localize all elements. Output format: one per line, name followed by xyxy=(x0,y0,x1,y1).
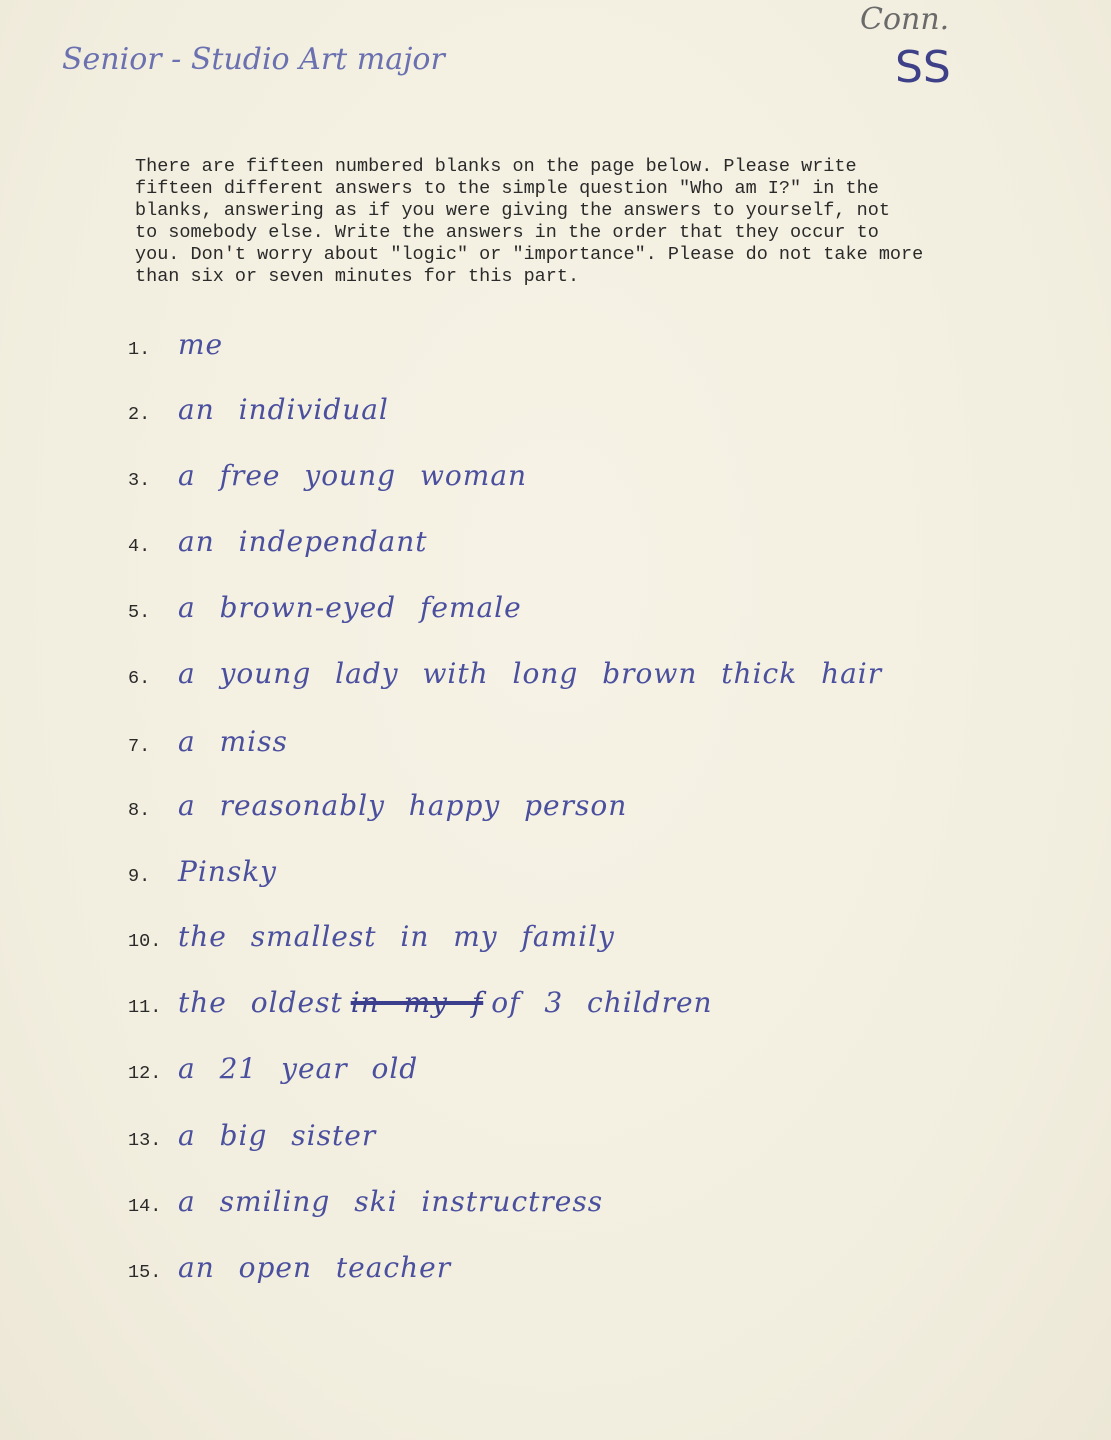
answer-text: a miss xyxy=(178,725,288,758)
item-number: 14. xyxy=(128,1196,178,1217)
answer-text: an open teacher xyxy=(178,1251,451,1284)
answer-text: a big sister xyxy=(178,1119,376,1152)
answer-item-8: 8. a reasonably happy person xyxy=(128,789,627,829)
answer-item-2: 2. an individual xyxy=(128,393,389,433)
item-number: 1. xyxy=(128,339,178,360)
answer-item-7: 7. a miss xyxy=(128,725,288,765)
answer-text: a reasonably happy person xyxy=(178,789,627,822)
item-number: 15. xyxy=(128,1262,178,1283)
answer-text-after: of 3 children xyxy=(491,986,712,1019)
answer-item-14: 14. a smiling ski instructress xyxy=(128,1185,603,1225)
answer-item-10: 10. the smallest in my family xyxy=(128,920,615,960)
questionnaire-page: Senior - Studio Art major Conn. SS There… xyxy=(0,0,1111,1440)
item-number: 6. xyxy=(128,668,178,689)
answer-text: a brown-eyed female xyxy=(178,591,522,624)
item-number: 3. xyxy=(128,470,178,491)
corner-note-initials: SS xyxy=(895,42,951,93)
answer-text: me xyxy=(178,328,223,361)
answer-text: a smiling ski instructress xyxy=(178,1185,603,1218)
answer-item-12: 12. a 21 year old xyxy=(128,1052,418,1092)
handwritten-header-note: Senior - Studio Art major xyxy=(62,42,445,77)
item-number: 4. xyxy=(128,536,178,557)
item-number: 13. xyxy=(128,1130,178,1151)
answer-item-1: 1. me xyxy=(128,328,223,368)
item-number: 11. xyxy=(128,997,178,1018)
item-number: 5. xyxy=(128,602,178,623)
answer-text: an independant xyxy=(178,525,428,558)
answer-item-11: 11. the oldest in my f of 3 children xyxy=(128,986,713,1026)
item-number: 10. xyxy=(128,931,178,952)
answer-text: a 21 year old xyxy=(178,1052,418,1085)
corner-note-conn: Conn. xyxy=(860,2,949,37)
struck-out-text: in my f xyxy=(351,986,484,1019)
item-number: 7. xyxy=(128,736,178,757)
answer-item-4: 4. an independant xyxy=(128,525,428,565)
answer-item-5: 5. a brown-eyed female xyxy=(128,591,522,631)
answer-text: a young lady with long brown thick hair xyxy=(178,657,882,690)
answer-item-13: 13. a big sister xyxy=(128,1119,376,1159)
item-number: 2. xyxy=(128,404,178,425)
answer-text: the smallest in my family xyxy=(178,920,615,953)
answer-text-before: the oldest xyxy=(178,986,343,1019)
answer-text: Pinsky xyxy=(178,855,277,888)
item-number: 9. xyxy=(128,866,178,887)
answer-item-6: 6. a young lady with long brown thick ha… xyxy=(128,657,882,697)
answer-text: a free young woman xyxy=(178,459,527,492)
answer-item-15: 15. an open teacher xyxy=(128,1251,451,1291)
item-number: 12. xyxy=(128,1063,178,1084)
answer-item-9: 9. Pinsky xyxy=(128,855,277,895)
instructions-paragraph: There are fifteen numbered blanks on the… xyxy=(135,156,1085,288)
answer-item-3: 3. a free young woman xyxy=(128,459,527,499)
item-number: 8. xyxy=(128,800,178,821)
answer-text: an individual xyxy=(178,393,389,426)
